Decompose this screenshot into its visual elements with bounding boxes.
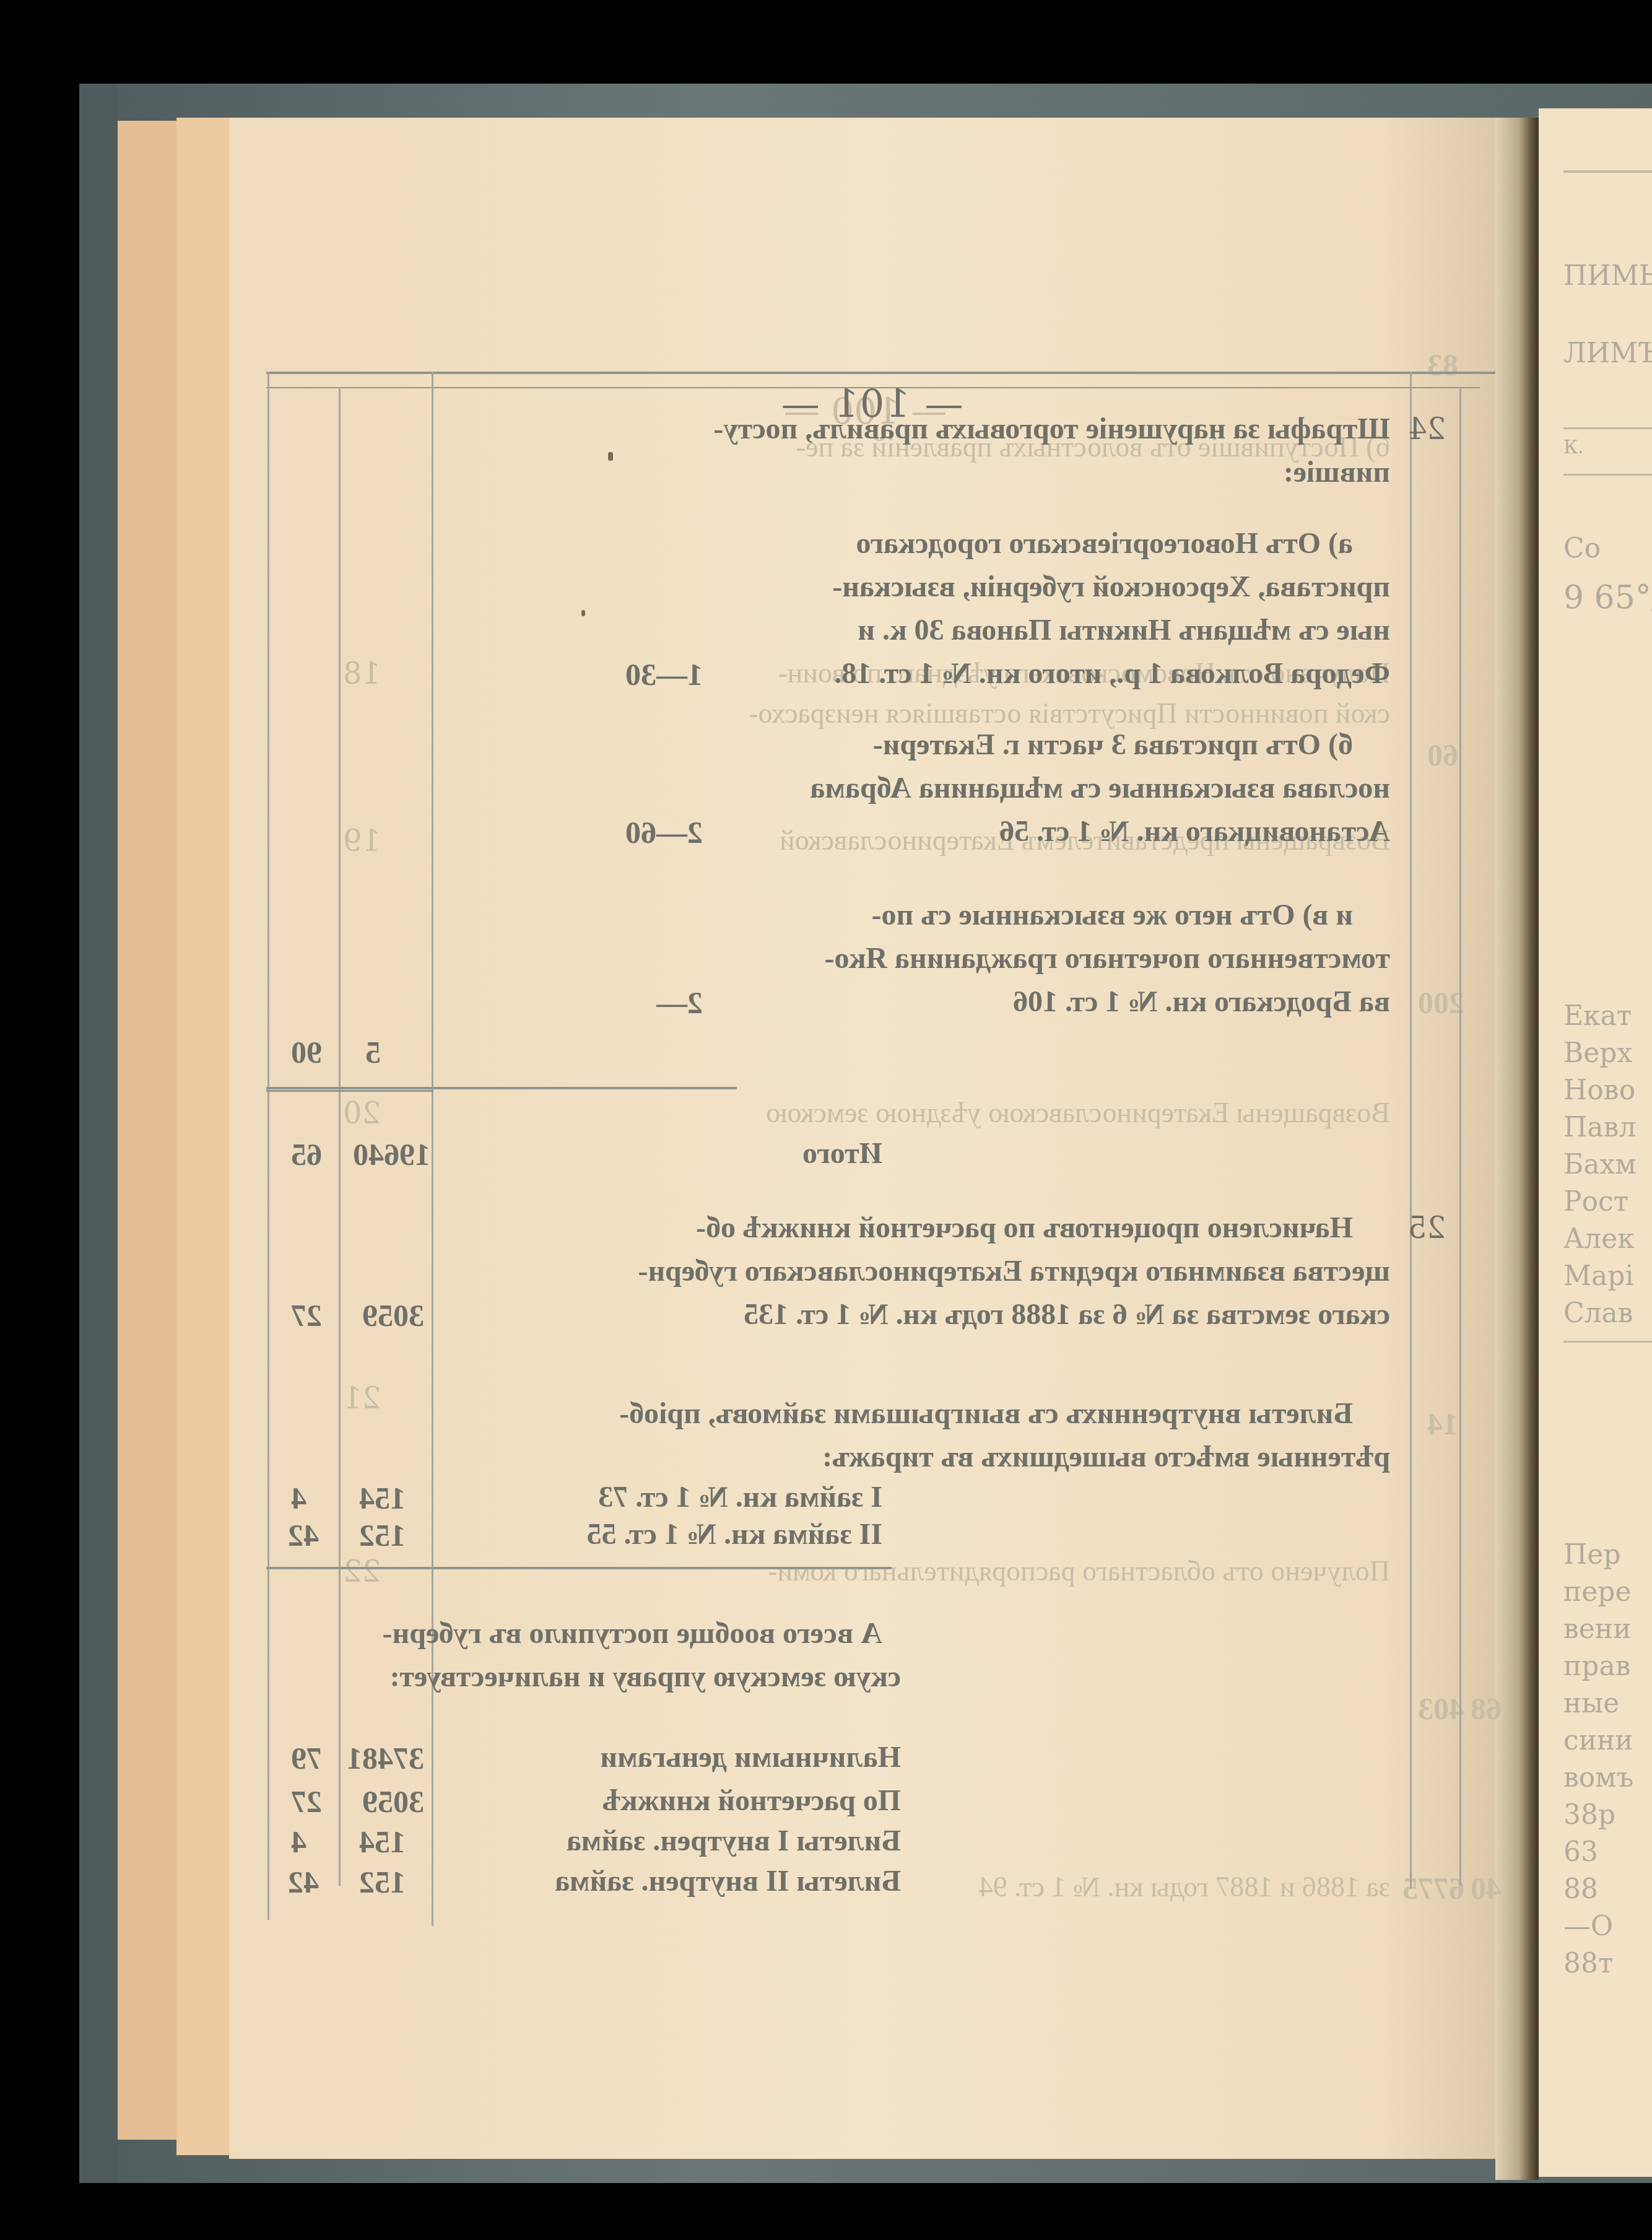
column-divider-text [1410, 372, 1412, 1889]
facing-text: Рост [1563, 1186, 1628, 1218]
bleed-amount: 60 [1427, 737, 1458, 773]
item-line: Астановицкаго кн. № 1 ст. 56 [999, 814, 1390, 848]
book-spine [79, 84, 118, 2183]
item-amount: 2—60 [625, 814, 703, 850]
bleed-amount: 68 [1471, 1691, 1502, 1727]
grand-total-title: А всего вообще поступило въ губерн- [383, 1616, 882, 1650]
facing-top-rule [1563, 170, 1652, 173]
breakdown-label: Наличными деньгами [600, 1740, 901, 1774]
facing-text: прав [1563, 1650, 1631, 1682]
facing-text: Бахм [1563, 1149, 1637, 1180]
breakdown-kop: 79 [291, 1740, 322, 1776]
breakdown-kop: 27 [291, 1784, 322, 1819]
bleed-amount: 200 [1418, 985, 1464, 1021]
bleed-row-number: 21 [343, 1381, 381, 1416]
facing-text: Слав [1563, 1297, 1633, 1329]
bleed-text: Возвращены Екатеринославскою уѣздною зем… [766, 1096, 1390, 1129]
bond-kop: 42 [288, 1517, 319, 1553]
bleed-text: ской повинности Присутствія оставшіяся н… [749, 697, 1390, 730]
facing-rule [1563, 1341, 1652, 1343]
breakdown-rub: 37481 [347, 1740, 424, 1776]
facing-text: —О [1563, 1911, 1613, 1942]
facing-rule [1563, 427, 1652, 429]
entry-total-rub: 5 [365, 1034, 381, 1070]
column-divider-kop [339, 387, 341, 1886]
bond-line: I займа кн. № 1 ст. 73 [598, 1480, 882, 1514]
item-amount: 2— [656, 985, 703, 1021]
facing-text: 63 [1563, 1836, 1598, 1868]
total-label: Итого [802, 1136, 882, 1170]
facing-text: Павл [1563, 1112, 1636, 1143]
facing-text: Марі [1563, 1260, 1634, 1292]
breakdown-rub: 152 [359, 1864, 406, 1900]
facing-text: вени [1563, 1613, 1631, 1645]
bond-rub: 152 [359, 1517, 406, 1553]
bond-line: II займа кн. № 1 ст. 55 [587, 1517, 883, 1551]
paper-speck [581, 610, 585, 616]
facing-page: ПИМЫНИ ЛИМЪ. К. Со 9 65°/ Екат Верх Ново… [1539, 108, 1652, 2177]
facing-text: К. [1563, 437, 1584, 458]
table-right-border [267, 372, 269, 1920]
item-line: нослава взысканные съ мѣщанина Абрама [811, 771, 1390, 805]
facing-text: Екат [1563, 1000, 1632, 1032]
bleed-row-number: 19 [343, 824, 381, 858]
breakdown-rub: 154 [359, 1824, 406, 1860]
breakdown-rub: 3059 [362, 1784, 424, 1819]
bond-kop: 4 [291, 1480, 306, 1516]
facing-text: Со [1563, 533, 1601, 564]
breakdown-label: Билеты II внутрен. займа [555, 1864, 901, 1898]
bleed-amount: 40 [1471, 1870, 1502, 1906]
entry-title: пившіе: [1284, 455, 1390, 489]
bleed-row-number: 20 [343, 1096, 381, 1131]
facing-text: Верх [1563, 1037, 1632, 1069]
breakdown-kop: 42 [288, 1864, 319, 1900]
item-line: б) Отъ пристава 3 части г. Екатери- [873, 728, 1353, 762]
facing-text: вомъ [1563, 1762, 1633, 1793]
facing-text: 88 [1563, 1873, 1598, 1905]
facing-text: сини [1563, 1725, 1633, 1756]
facing-text: Пер [1563, 1539, 1621, 1571]
entry-total-rub: 3059 [362, 1297, 424, 1333]
entry-title: Билеты внутреннихъ съ выигрышами займовъ… [619, 1397, 1353, 1431]
breakdown-kop: 4 [291, 1824, 306, 1860]
facing-text: ПИМЫНИ [1563, 260, 1652, 292]
running-total-rub: 19640 [353, 1136, 430, 1172]
entry-title: щества взаимнаго кредита Екатеринославск… [638, 1254, 1390, 1288]
bleed-amount: 6775 [1402, 1870, 1464, 1906]
running-total-kop: 65 [291, 1136, 322, 1172]
facing-text: Ново [1563, 1074, 1635, 1106]
facing-text: пере [1563, 1576, 1632, 1608]
item-line: пристава, Херсонской губерніи, взыскан- [832, 570, 1390, 604]
bleed-amount: 14 [1427, 1406, 1458, 1442]
table-header-rule [266, 387, 1480, 388]
bleed-amount: 403 [1418, 1691, 1464, 1727]
item-amount: 1—30 [625, 656, 703, 692]
item-line: а) Отъ Новогеоргіевскаго городскаго [856, 526, 1353, 560]
item-line: томственнаго почетнаго гражданина Яко- [824, 941, 1390, 975]
bond-rub: 154 [359, 1480, 406, 1516]
entry-total-kop: 27 [291, 1297, 322, 1333]
entry-title: скаго земства за № 6 за 1888 годъ кн. № … [744, 1297, 1390, 1331]
facing-text: 38р [1563, 1799, 1615, 1831]
facing-text: 88т [1563, 1948, 1613, 1979]
grand-total-rule [266, 1567, 892, 1569]
facing-text: ные [1563, 1688, 1619, 1719]
bleed-row-number: 22 [343, 1554, 381, 1589]
page-stack-edge [118, 121, 180, 2140]
facing-text: ЛИМЪ. [1563, 338, 1652, 369]
subtotal-rule-short [266, 1090, 433, 1092]
bleed-row-number: 18 [343, 656, 381, 691]
row-number: 25 [1408, 1211, 1446, 1245]
breakdown-label: По расчетной книжкѣ [602, 1784, 901, 1818]
table-top-rule [266, 372, 1495, 374]
item-line: ва Бродскаго кн. № 1 ст. 106 [1013, 985, 1390, 1019]
entry-total-kop: 90 [291, 1034, 322, 1070]
entry-title: Начислено процентовъ по расчетной книжкѣ… [696, 1211, 1353, 1245]
facing-text: Алек [1563, 1223, 1635, 1255]
mirrored-page-content: — 100 — б) Поступившіе отъ волостныхъ пр… [229, 118, 1514, 2159]
grand-total-title: скую земскую управу и наличествует: [389, 1660, 901, 1694]
entry-title: рѣтенные вмѣсто вышедшихъ въ тиражъ: [822, 1440, 1390, 1474]
paper-speck [608, 452, 613, 461]
row-number: 24 [1408, 412, 1446, 447]
facing-rule [1563, 474, 1652, 476]
item-line: Федора Волкова 1 р., итого кн. № 1 ст. 1… [834, 656, 1390, 691]
item-line: ные съ мѣщанъ Никиты Панова 30 к. и [858, 613, 1390, 647]
bleed-text: за 1886 и 1887 годы кн. № 1 ст. 94 [979, 1870, 1390, 1903]
item-line: и в) Отъ него же взысканные съ по- [872, 898, 1353, 932]
entry-title: Штрафы за нарушеніе торговыхъ правилъ, п… [713, 412, 1390, 446]
bleed-amount: 83 [1427, 347, 1458, 383]
subtotal-rule [266, 1087, 737, 1089]
facing-text: 9 65°/ [1563, 579, 1652, 616]
column-divider-rowno [1459, 387, 1461, 1886]
breakdown-label: Билеты I внутрен. займа [567, 1824, 901, 1858]
bleed-text: Получено отъ областнаго распорядительнаг… [768, 1554, 1390, 1587]
